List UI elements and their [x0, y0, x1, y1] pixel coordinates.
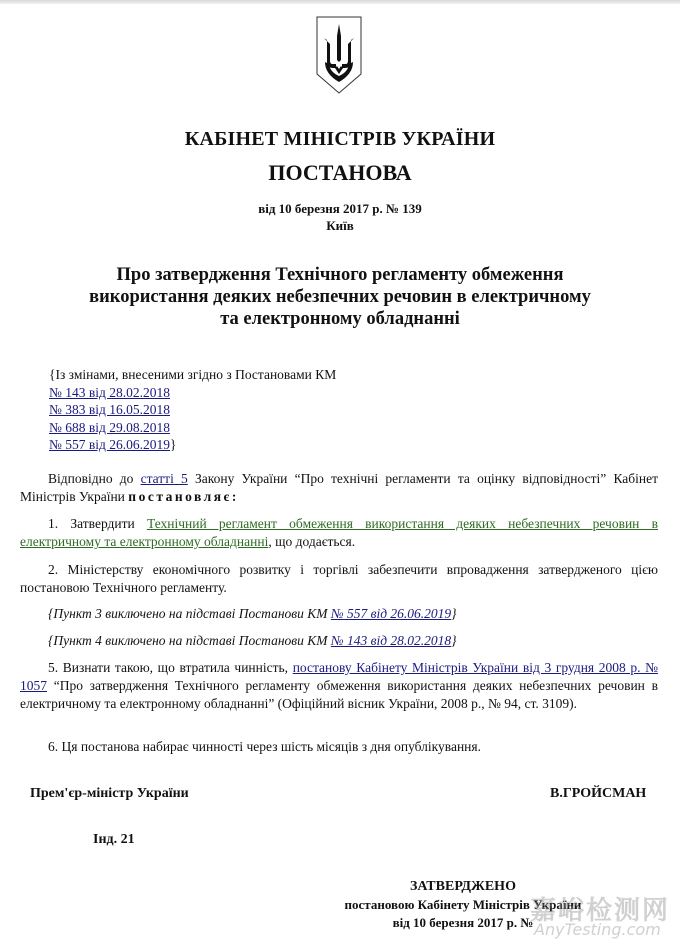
org-name: КАБІНЕТ МІНІСТРІВ УКРАЇНИ: [0, 128, 680, 151]
amendments-note: {Із змінами, внесеними згідно з Постанов…: [49, 366, 680, 454]
point-1: 1. Затвердити Технічний регламент обмеже…: [20, 515, 658, 551]
heading-line: Про затвердження Технічного регламенту о…: [0, 264, 680, 286]
resolution-link[interactable]: № 557 від 26.06.2019: [331, 606, 451, 621]
point-4-excluded: {Пункт 4 виключено на підставі Постанови…: [20, 632, 658, 650]
point-text: , що додається.: [268, 534, 355, 549]
watermark: 嘉峪检测网 AnyTesting.com: [530, 890, 680, 947]
signatory-position: Прем'єр-міністр України: [30, 786, 189, 802]
doc-city: Київ: [0, 218, 680, 234]
amendments-close: }: [170, 437, 176, 452]
watermark-en: AnyTesting.com: [534, 920, 661, 939]
amendment-link[interactable]: № 383 від 16.05.2018: [49, 402, 170, 417]
heading-line: використання деяких небезпечних речовин …: [0, 286, 680, 308]
intro-text: Відповідно до: [48, 471, 141, 486]
point-text: {Пункт 3 виключено на підставі Постанови…: [48, 606, 331, 621]
point-5: 5. Визнати такою, що втратила чинність, …: [20, 659, 658, 713]
index-number: Інд. 21: [93, 832, 135, 848]
point-text: }: [451, 606, 456, 621]
signatory-name: В.ГРОЙСМАН: [550, 786, 646, 802]
point-text: 1. Затвердити: [48, 516, 147, 531]
trident-icon: [316, 16, 362, 94]
doc-type: ПОСТАНОВА: [0, 160, 680, 186]
point-3-excluded: {Пункт 3 виключено на підставі Постанови…: [20, 605, 658, 623]
amendments-intro: {Із змінами, внесеними згідно з Постанов…: [49, 366, 680, 384]
doc-date: від 10 березня 2017 р. № 139: [0, 201, 680, 217]
resolution-link[interactable]: № 143 від 28.02.2018: [331, 633, 451, 648]
decree-word: постановляє:: [128, 489, 239, 504]
point-text: }: [451, 633, 456, 648]
amendment-link[interactable]: № 688 від 29.08.2018: [49, 420, 170, 435]
intro-paragraph: Відповідно до статті 5 Закону України “П…: [20, 470, 658, 506]
point-text: {Пункт 4 виключено на підставі Постанови…: [48, 633, 331, 648]
doc-heading: Про затвердження Технічного регламенту о…: [0, 264, 680, 330]
point-text: “Про затвердження Технічного регламенту …: [20, 678, 658, 711]
point-6: 6. Ця постанова набирає чинності через ш…: [20, 738, 658, 756]
article-link[interactable]: статті 5: [141, 471, 188, 486]
point-text: 5. Визнати такою, що втратила чинність,: [48, 660, 293, 675]
amendment-link[interactable]: № 557 від 26.06.2019: [49, 437, 170, 452]
top-border: [0, 0, 680, 4]
point-2: 2. Міністерству економічного розвитку і …: [20, 561, 658, 597]
amendment-link[interactable]: № 143 від 28.02.2018: [49, 385, 170, 400]
heading-line: та електронному обладнанні: [0, 308, 680, 330]
